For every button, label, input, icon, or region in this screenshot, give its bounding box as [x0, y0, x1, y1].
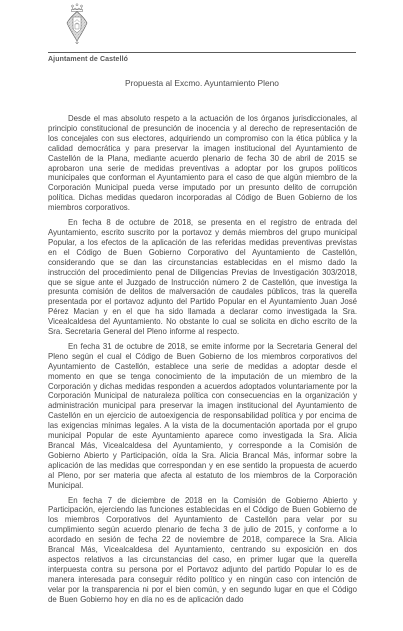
document-body: Desde el mas absoluto respeto a la actua…	[48, 114, 357, 610]
castellon-coat-of-arms-icon	[65, 3, 89, 46]
paragraph-4: En fecha 7 de diciembre de 2018 en la Co…	[48, 496, 357, 605]
scanned-document-page: Ajuntament de Castelló Propuesta al Excm…	[0, 0, 403, 631]
header-divider	[48, 52, 356, 53]
paragraph-1: Desde el mas absoluto respeto a la actua…	[48, 114, 357, 213]
document-title: Propuesta al Excmo. Ayuntamiento Pleno	[48, 78, 356, 88]
org-name: Ajuntament de Castelló	[48, 56, 128, 63]
paragraph-2: En fecha 8 de octubre de 2018, se presen…	[48, 218, 357, 337]
paragraph-3: En fecha 31 de octubre de 2018, se emite…	[48, 342, 357, 491]
